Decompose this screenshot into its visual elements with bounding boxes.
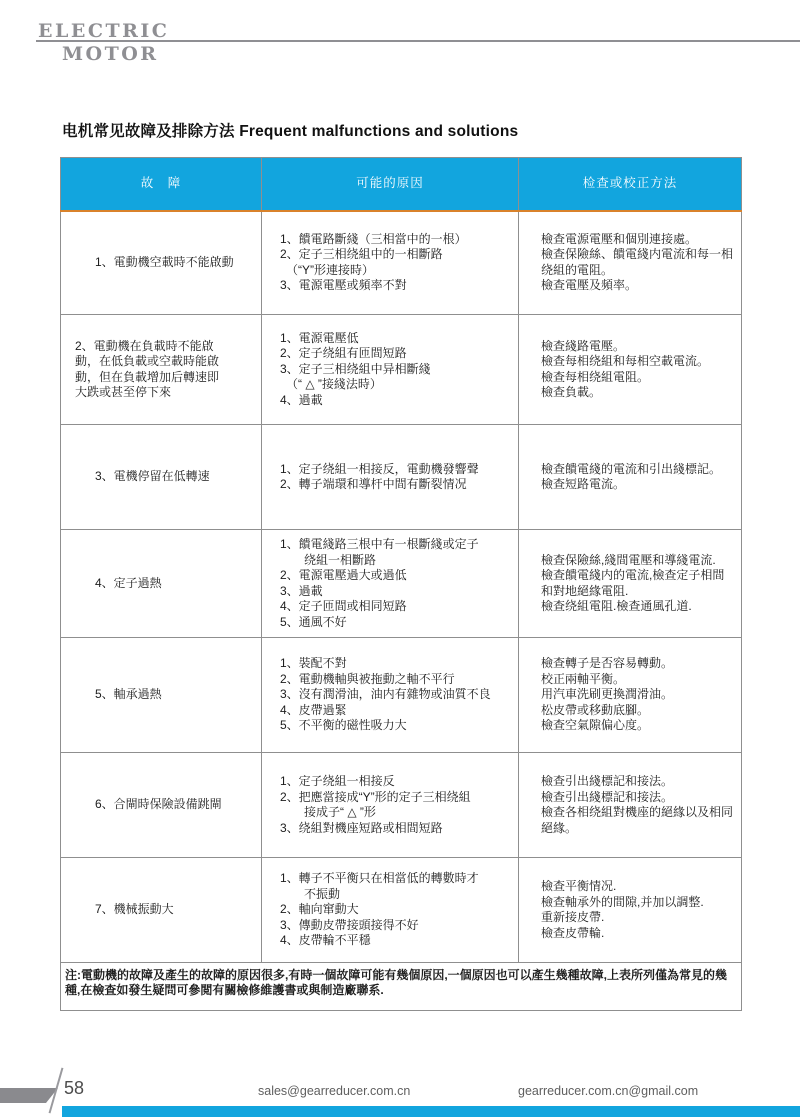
table-row-4: 4、定子過熱1、饋電綫路三根中有一根斷綫或定子 绕組一相斷路2、電源電壓過大或過… (61, 530, 742, 638)
cell-line: 檢查電源電壓和個別連接處。 (541, 232, 735, 248)
cell-line: 動，在低負載或空載時能啟 (75, 354, 253, 370)
cell-line: 檢查引出綫標記和接法。 (541, 790, 735, 806)
document-page: ELECTRIC MOTOR 电机常见故障及排除方法 Frequent malf… (0, 0, 800, 1117)
fault-cell: 2、電動機在負載時不能啟動，在低負載或空載時能啟動，但在負載增加后轉速即大跌或甚… (61, 315, 262, 425)
cell-line: 5、軸承過熱 (95, 687, 253, 703)
col-header-solutions: 检查或校正方法 (519, 158, 742, 211)
table-row-3: 3、電機停留在低轉速1、定子绕組一相接反，電動機發響聲2、轉子端環和導杆中間有斷… (61, 425, 742, 530)
fault-cell: 1、電動機空載時不能啟動 (61, 211, 262, 315)
note-row: 注:電動機的故障及產生的故障的原因很多,有時一個故障可能有幾個原因,一個原因也可… (61, 963, 742, 1011)
cell-line: 2、電源電壓過大或過低 (280, 568, 512, 584)
cell-line: 松皮帶或移動底腳。 (541, 703, 735, 719)
cell-line: 1、電動機空載時不能啟動 (95, 255, 253, 271)
cell-line: 接成子“ △ ”形 (280, 805, 512, 821)
cell-line: 1、轉子不平衡只在相當低的轉數時才 (280, 871, 512, 887)
cell-line: 4、定子過熱 (95, 576, 253, 592)
cell-line: 2、軸向窜動大 (280, 902, 512, 918)
causes-cell: 1、饋電綫路三根中有一根斷綫或定子 绕組一相斷路2、電源電壓過大或過低3、過載4… (262, 530, 519, 638)
cell-line: 校正兩軸平衡。 (541, 672, 735, 688)
cell-line: 檢查引出綫標記和接法。 (541, 774, 735, 790)
footer-email-gmail: gearreducer.com.cn@gmail.com (518, 1084, 698, 1098)
cell-line: 3、傳動皮帶接頭接得不好 (280, 918, 512, 934)
cell-line: 2、轉子端環和導杆中間有斷裂情况 (280, 477, 512, 493)
cell-line: 檢查綫路電壓。 (541, 339, 735, 355)
brand-motor: MOTOR (62, 43, 159, 65)
fault-cell: 5、軸承過熱 (61, 638, 262, 753)
cell-line: 3、定子三相绕組中异相斷綫 (280, 362, 512, 378)
cell-line: 檢查保險絲,綫間電壓和導綫電流. (541, 553, 735, 569)
cell-line: 檢查平衡情况. (541, 879, 735, 895)
table-header-row: 故 障 可能的原因 检查或校正方法 (61, 158, 742, 211)
cell-line: 6、合閘時保險設備跳閘 (95, 797, 253, 813)
cell-line: 1、電源電壓低 (280, 331, 512, 347)
table-row-1: 1、電動機空載時不能啟動1、饋電路斷綫（三相當中的一根）2、定子三相绕組中的一相… (61, 211, 742, 315)
cell-line: 4、皮帶過緊 (280, 703, 512, 719)
cell-line: 7、機械振動大 (95, 902, 253, 918)
fault-cell: 3、電機停留在低轉速 (61, 425, 262, 530)
col-header-fault: 故 障 (61, 158, 262, 211)
cell-line: 用汽車洗刷更換潤滑油。 (541, 687, 735, 703)
brand-electric: ELECTRIC (38, 20, 169, 42)
fault-cell: 4、定子過熱 (61, 530, 262, 638)
cell-line: 4、過載 (280, 393, 512, 409)
cell-line: 4、皮帶輪不平穩 (280, 933, 512, 949)
cell-line: 檢查空氣隙偏心度。 (541, 718, 735, 734)
cell-line: 檢查轉子是否容易轉動。 (541, 656, 735, 672)
cell-line: 檢查各相绕組對機座的絕緣以及相同絕緣。 (541, 805, 735, 836)
cell-line: 2、把應當接成“Y”形的定子三相绕組 (280, 790, 512, 806)
cell-line: 1、饋電綫路三根中有一根斷綫或定子 (280, 537, 512, 553)
cell-line: （“Y”形連接時） (280, 263, 512, 279)
cell-line: 檢查每相绕組電阻。 (541, 370, 735, 386)
cell-line: 2、定子绕組有匝間短路 (280, 346, 512, 362)
causes-cell: 1、饋電路斷綫（三相當中的一根）2、定子三相绕組中的一相斷路 （“Y”形連接時）… (262, 211, 519, 315)
col-header-causes: 可能的原因 (262, 158, 519, 211)
cell-line: 檢查绕組電阻.檢查通風孔道. (541, 599, 735, 615)
cell-line: 重新接皮帶. (541, 910, 735, 926)
cell-line: 檢查負載。 (541, 385, 735, 401)
solutions-cell: 檢查饋電綫的電流和引出綫標記。檢查短路電流。 (519, 425, 742, 530)
cell-line: 大跌或甚至停下來 (75, 385, 253, 401)
cell-line: 檢查饋電綫内的電流,檢查定子相間和對地絕緣電阻. (541, 568, 735, 599)
cell-line: 檢查保險絲、饋電綫内電流和每一相绕組的電阻。 (541, 247, 735, 278)
solutions-cell: 檢查引出綫標記和接法。檢查引出綫標記和接法。檢查各相绕組對機座的絕緣以及相同絕緣… (519, 753, 742, 858)
cell-line: 動，但在負載增加后轉速即 (75, 370, 253, 386)
cell-line: 1、饋電路斷綫（三相當中的一根） (280, 232, 512, 248)
solutions-cell: 檢查綫路電壓。檢查每相绕組和每相空載電流。檢查每相绕組電阻。檢查負載。 (519, 315, 742, 425)
solutions-cell: 檢查平衡情况.檢查軸承外的間隙,并加以調整.重新接皮帶.檢查皮帶輪. (519, 858, 742, 963)
cell-line: 3、電源電壓或頻率不對 (280, 278, 512, 294)
cell-line: 3、電機停留在低轉速 (95, 469, 253, 485)
causes-cell: 1、轉子不平衡只在相當低的轉數時才 不振動2、軸向窜動大3、傳動皮帶接頭接得不好… (262, 858, 519, 963)
cell-line: 2、電動機軸與被拖動之軸不平行 (280, 672, 512, 688)
cell-line: 5、通風不好 (280, 615, 512, 631)
table-row-7: 7、機械振動大1、轉子不平衡只在相當低的轉數時才 不振動2、軸向窜動大3、傳動皮… (61, 858, 742, 963)
brand-rule (36, 40, 800, 42)
solutions-cell: 檢查轉子是否容易轉動。校正兩軸平衡。用汽車洗刷更換潤滑油。松皮帶或移動底腳。檢查… (519, 638, 742, 753)
cell-line: 3、沒有潤滑油，油内有雜物或油質不良 (280, 687, 512, 703)
footer-accent-shape (0, 1088, 58, 1103)
cell-line: 1、裝配不對 (280, 656, 512, 672)
table-row-5: 5、軸承過熱1、裝配不對2、電動機軸與被拖動之軸不平行3、沒有潤滑油，油内有雜物… (61, 638, 742, 753)
cell-line: 檢查短路電流。 (541, 477, 735, 493)
causes-cell: 1、定子绕組一相接反2、把應當接成“Y”形的定子三相绕組 接成子“ △ ”形3、… (262, 753, 519, 858)
cell-line: （“ △ ”接綫法時） (280, 377, 512, 393)
bottom-bar (62, 1106, 800, 1117)
cell-line: 2、電動機在負載時不能啟 (75, 339, 253, 355)
cell-line: 檢查饋電綫的電流和引出綫標記。 (541, 462, 735, 478)
fault-table: 故 障 可能的原因 检查或校正方法 1、電動機空載時不能啟動1、饋電路斷綫（三相… (60, 157, 742, 1011)
solutions-cell: 檢查電源電壓和個別連接處。檢查保險絲、饋電綫内電流和每一相绕組的電阻。檢查電壓及… (519, 211, 742, 315)
cell-line: 绕組一相斷路 (280, 553, 512, 569)
cell-line: 1、定子绕組一相接反，電動機發響聲 (280, 462, 512, 478)
cell-line: 1、定子绕組一相接反 (280, 774, 512, 790)
page-number: 58 (64, 1078, 84, 1099)
table-row-2: 2、電動機在負載時不能啟動，在低負載或空載時能啟動，但在負載增加后轉速即大跌或甚… (61, 315, 742, 425)
cell-line: 檢查皮帶輪. (541, 926, 735, 942)
footer-email-sales: sales@gearreducer.com.cn (258, 1084, 410, 1098)
causes-cell: 1、裝配不對2、電動機軸與被拖動之軸不平行3、沒有潤滑油，油内有雜物或油質不良4… (262, 638, 519, 753)
cell-line: 不振動 (280, 887, 512, 903)
fault-cell: 6、合閘時保險設備跳閘 (61, 753, 262, 858)
table-row-6: 6、合閘時保險設備跳閘1、定子绕組一相接反2、把應當接成“Y”形的定子三相绕組 … (61, 753, 742, 858)
cell-line: 5、不平衡的磁性吸力大 (280, 718, 512, 734)
cell-line: 3、過載 (280, 584, 512, 600)
solutions-cell: 檢查保險絲,綫間電壓和導綫電流.檢查饋電綫内的電流,檢查定子相間和對地絕緣電阻.… (519, 530, 742, 638)
cell-line: 3、绕組對機座短路或相間短路 (280, 821, 512, 837)
table-note: 注:電動機的故障及產生的故障的原因很多,有時一個故障可能有幾個原因,一個原因也可… (61, 963, 742, 1011)
cell-line: 檢查每相绕組和每相空載電流。 (541, 354, 735, 370)
cell-line: 2、定子三相绕組中的一相斷路 (280, 247, 512, 263)
page-title: 电机常见故障及排除方法 Frequent malfunctions and so… (62, 119, 518, 141)
causes-cell: 1、電源電壓低2、定子绕組有匝間短路3、定子三相绕組中异相斷綫 （“ △ ”接綫… (262, 315, 519, 425)
cell-line: 檢查軸承外的間隙,并加以調整. (541, 895, 735, 911)
cell-line: 檢查電壓及頻率。 (541, 278, 735, 294)
cell-line: 4、定子匝間或相同短路 (280, 599, 512, 615)
fault-cell: 7、機械振動大 (61, 858, 262, 963)
causes-cell: 1、定子绕組一相接反，電動機發響聲2、轉子端環和導杆中間有斷裂情况 (262, 425, 519, 530)
